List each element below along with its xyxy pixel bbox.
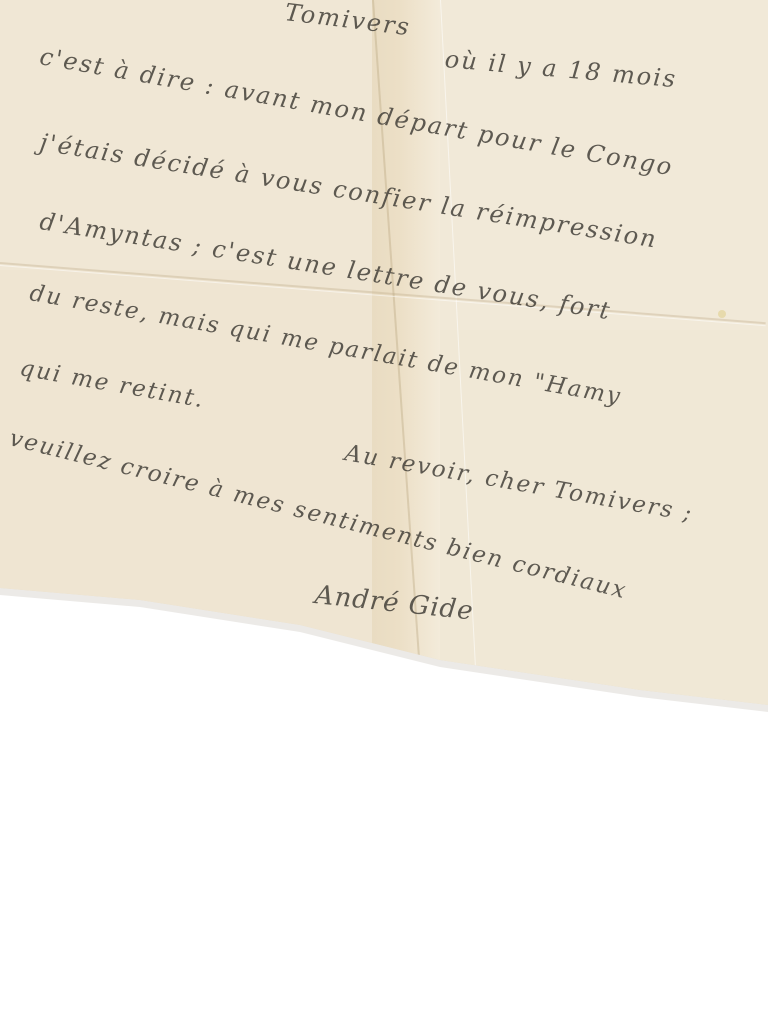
letter-photo: Tomivers c'est à dire : avant mon départ… xyxy=(0,0,768,1024)
paper-stain xyxy=(718,310,726,318)
letter-paper: Tomivers c'est à dire : avant mon départ… xyxy=(0,0,768,1024)
